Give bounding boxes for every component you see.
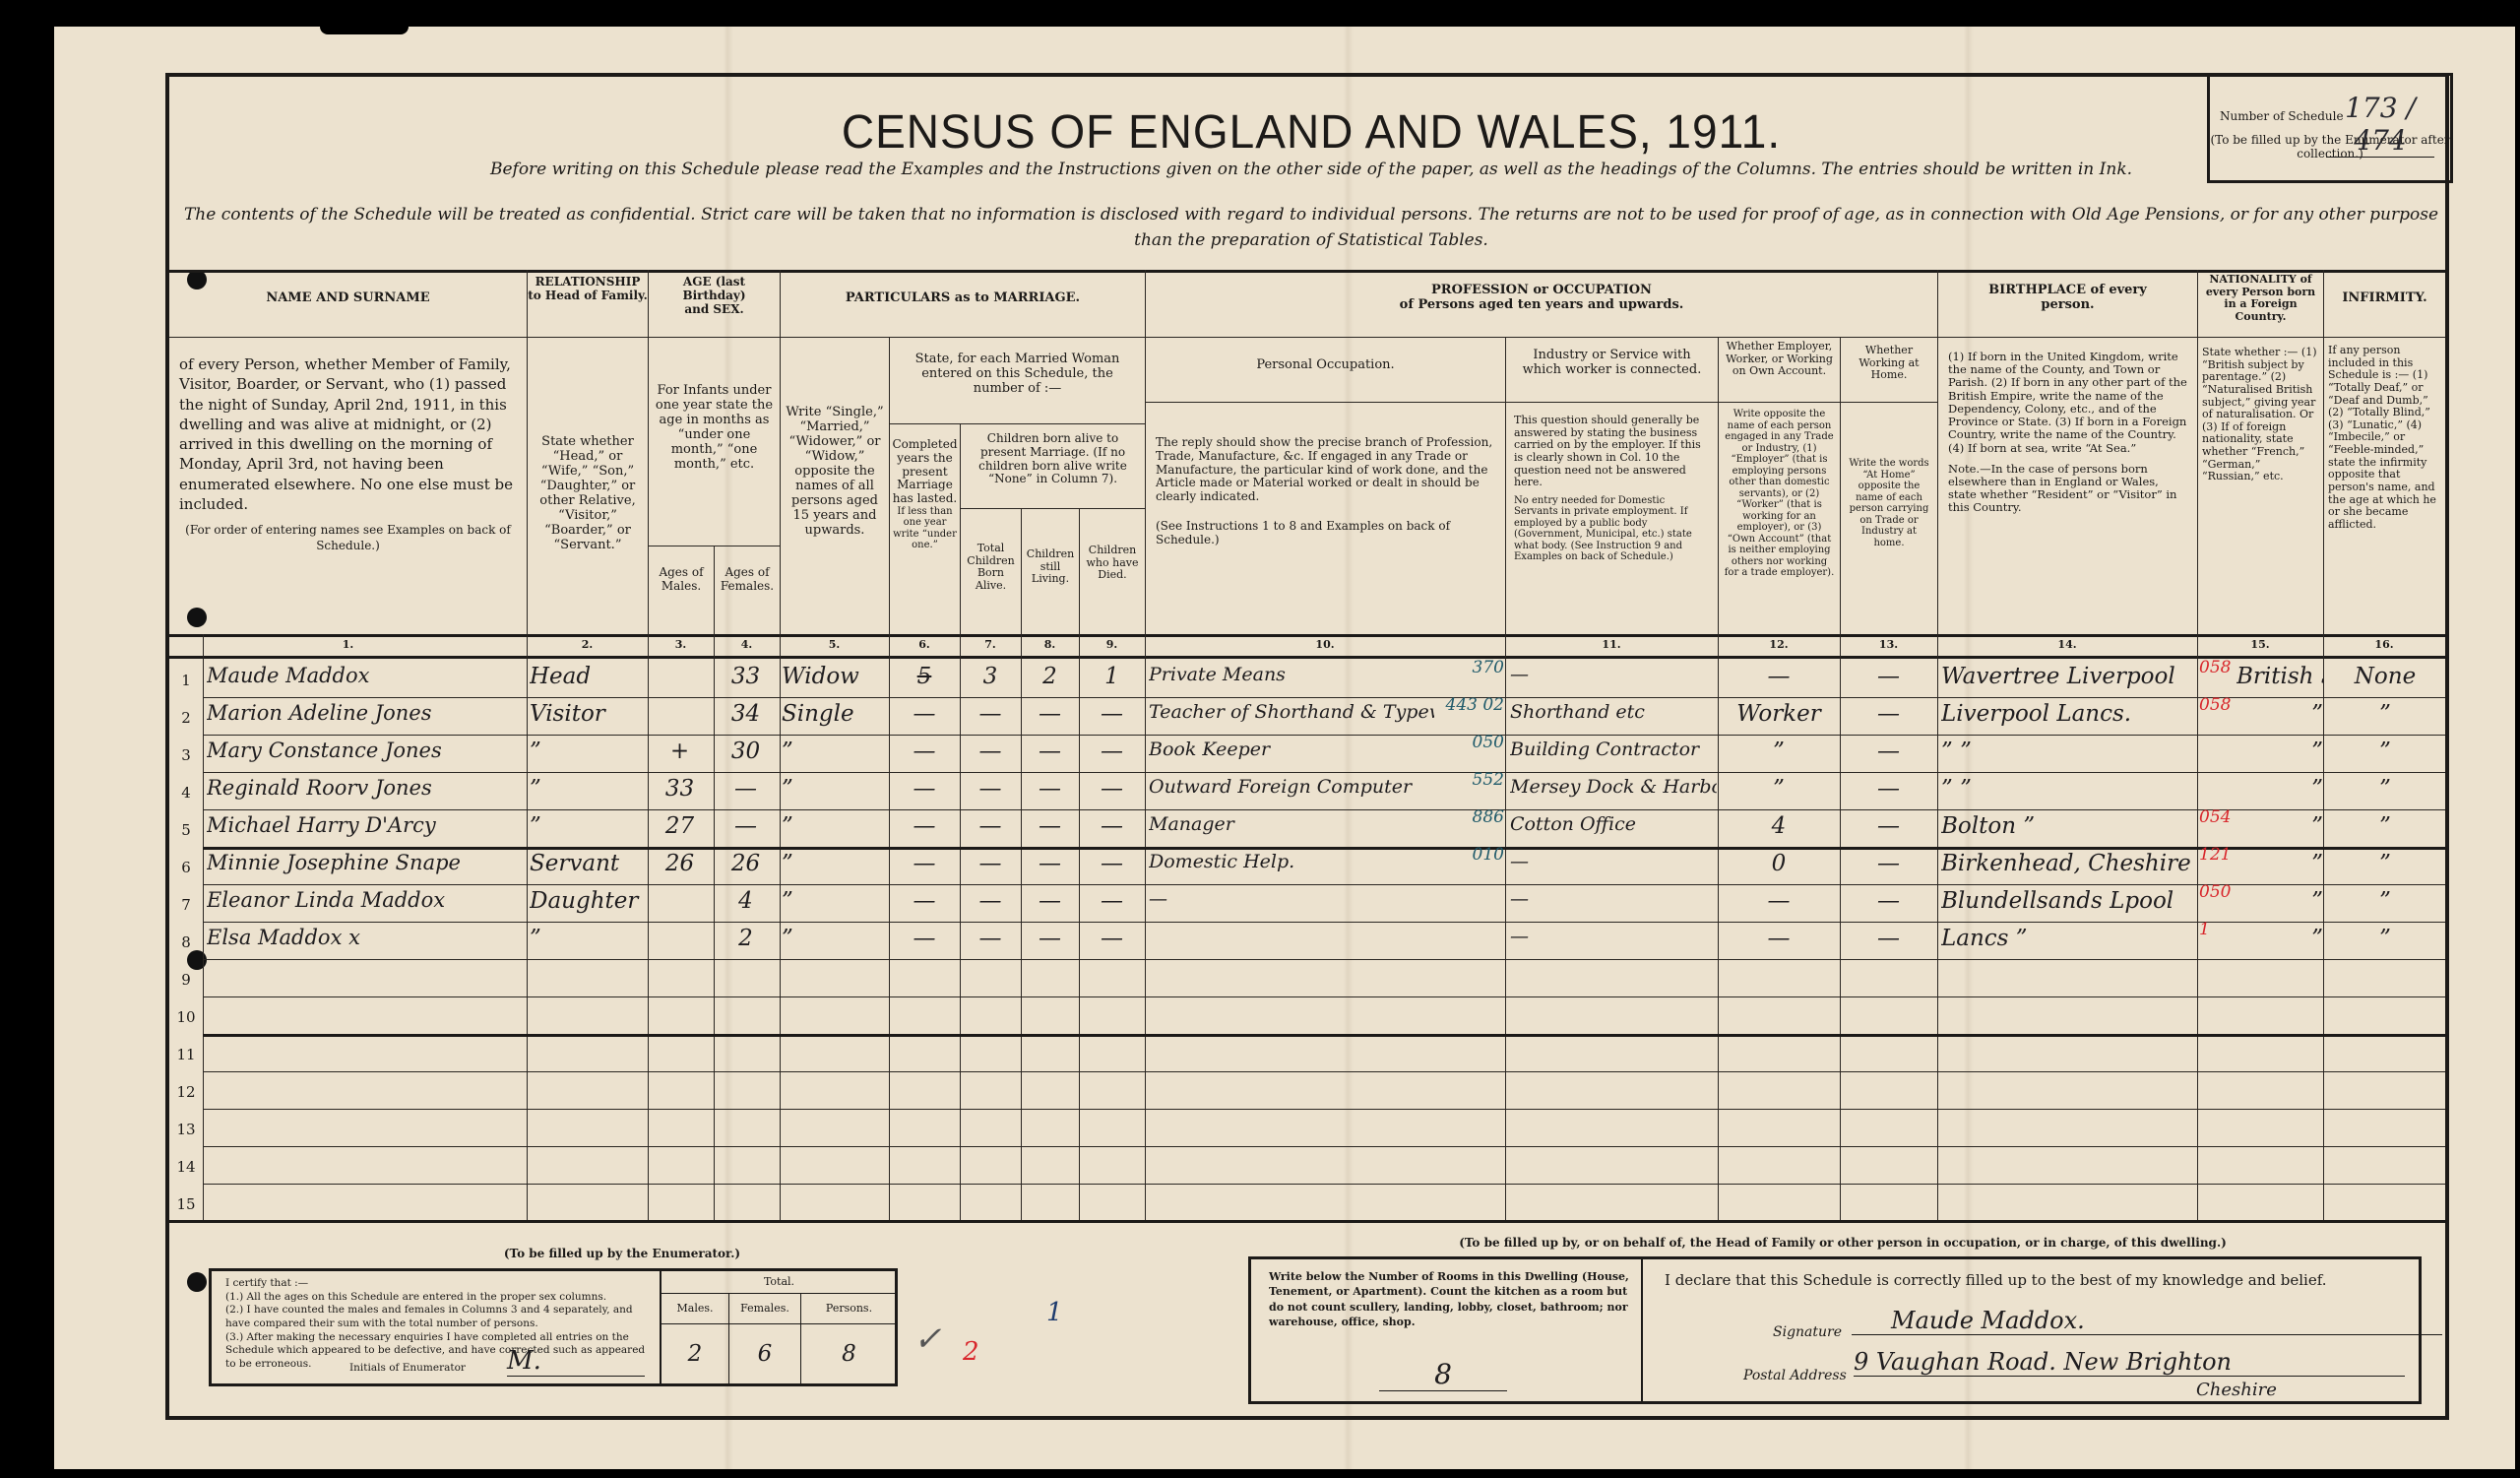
relationship-cell[interactable]: Visitor <box>530 701 646 727</box>
document-title: CENSUS OF ENGLAND AND WALES, 1911. <box>169 103 2453 160</box>
enumerator-heading: (To be filled up by the Enumerator.) <box>327 1247 917 1260</box>
females-label: Females. <box>729 1294 801 1323</box>
name-cell[interactable]: Reginald Roorv Jones <box>207 776 527 800</box>
infirmity-cell[interactable]: ” <box>2325 926 2445 951</box>
infirmity-cell[interactable]: ” <box>2325 739 2445 764</box>
children-living-cell[interactable]: — <box>1021 926 1079 951</box>
col-females-header: Ages of Females. <box>714 546 780 634</box>
age-female-cell[interactable]: 4 <box>714 888 778 914</box>
industry-cell[interactable]: — <box>1510 888 1717 910</box>
condition-cell[interactable]: ” <box>782 888 890 914</box>
nationality-cell[interactable]: ” <box>2236 701 2323 727</box>
years-married-cell[interactable]: 5 <box>889 664 960 689</box>
nationality-cell[interactable]: ” <box>2236 926 2323 951</box>
age-male-cell[interactable]: 27 <box>648 813 712 839</box>
infirmity-cell[interactable]: None <box>2325 664 2445 689</box>
col-personal-occupation-header: Personal Occupation. <box>1145 337 1505 402</box>
col-years-married-description: Completed years the present Marriage has… <box>889 423 960 634</box>
col-marriage-header: PARTICULARS as to MARRIAGE. <box>780 270 1145 337</box>
children-died-cell[interactable]: 1 <box>1079 664 1145 689</box>
infirmity-cell[interactable]: ” <box>2325 776 2445 802</box>
industry-cell[interactable]: — <box>1510 851 1717 872</box>
schedule-number-box: Number of Schedule 173 / 474 (To be fill… <box>2207 73 2453 183</box>
postal-address-line-1[interactable]: 9 Vaughan Road. New Brighton <box>1854 1348 2405 1377</box>
column-divider <box>648 634 649 1220</box>
children-born-cell[interactable]: — <box>960 739 1021 764</box>
children-born-cell[interactable]: — <box>960 701 1021 727</box>
name-cell[interactable]: Eleanor Linda Maddox <box>207 888 527 912</box>
relationship-cell[interactable]: Head <box>530 664 646 689</box>
row-number: 15 <box>171 1195 201 1213</box>
col-occupation-header: PROFESSION or OCCUPATIONof Persons aged … <box>1145 270 1937 337</box>
children-died-cell[interactable]: — <box>1079 851 1145 876</box>
occupation-title: PROFESSION or OCCUPATION <box>1146 284 1937 298</box>
age-male-cell[interactable]: 33 <box>648 776 712 802</box>
schedule-number-note: (To be filled up by the Enumerator after… <box>2210 133 2450 161</box>
condition-cell[interactable]: ” <box>782 813 890 839</box>
industry-cell[interactable]: — <box>1510 664 1717 685</box>
row-divider <box>203 884 2445 885</box>
total-label: Total. <box>661 1271 897 1294</box>
birthplace-cell[interactable]: Liverpool Lancs. <box>1941 701 2195 727</box>
col-number: 8. <box>1021 638 1079 651</box>
col-number: 7. <box>960 638 1021 651</box>
rooms-count[interactable]: 8 <box>1379 1358 1507 1391</box>
children-born-cell[interactable]: — <box>960 888 1021 914</box>
industry-cell[interactable]: Building Contractor <box>1510 739 1717 760</box>
occupation-cell[interactable]: Domestic Help. <box>1149 851 1434 872</box>
col-nationality-description: State whether :— (1) “British subject by… <box>2197 337 2323 634</box>
personal-occupation-note: (See Instructions 1 to 8 and Examples on… <box>1156 520 1495 547</box>
nationality-cell[interactable]: ” <box>2236 739 2323 764</box>
row-number: 11 <box>171 1046 201 1063</box>
column-divider <box>1505 634 1506 1220</box>
row-divider <box>203 1109 2445 1110</box>
confidential-line-1: The contents of the Schedule will be tre… <box>169 205 2453 225</box>
col-number: 14. <box>1937 638 2197 651</box>
employer-status-cell[interactable]: ” <box>1720 739 1838 764</box>
occupation-cell[interactable]: Outward Foreign Computer <box>1149 776 1434 798</box>
children-living-cell[interactable]: — <box>1021 701 1079 727</box>
row-divider <box>203 959 2445 960</box>
age-male-cell[interactable]: 26 <box>648 851 712 876</box>
age-female-cell[interactable]: 33 <box>714 664 778 689</box>
row-number: 5 <box>171 821 201 839</box>
birthplace-cell[interactable]: Lancs ” <box>1941 926 2195 951</box>
head-section-box: Write below the Number of Rooms in this … <box>1248 1256 2422 1404</box>
col-number: 13. <box>1840 638 1937 651</box>
children-description: Children born alive to present Marriage.… <box>960 423 1145 508</box>
occupation-cell[interactable]: Manager <box>1149 813 1434 835</box>
totals-table: Total. Males. Females. Persons. 2 6 8 <box>660 1271 897 1383</box>
relationship-cell[interactable]: Daughter <box>530 888 646 914</box>
row-number: 8 <box>171 933 201 951</box>
head-section-heading: (To be filled up by, or on behalf of, th… <box>1242 1236 2443 1250</box>
check-mark-icon: ✓ <box>913 1319 942 1359</box>
age-male-cell[interactable]: + <box>648 739 712 764</box>
age-female-cell[interactable]: 34 <box>714 701 778 727</box>
col-number: 16. <box>2323 638 2445 651</box>
birthplace-cell[interactable]: ” ” <box>1941 776 2195 802</box>
employer-status-cell[interactable]: ” <box>1720 776 1838 802</box>
postal-address-line-2[interactable]: Cheshire <box>2196 1380 2277 1400</box>
col-industry-header: Industry or Service with which worker is… <box>1505 337 1718 402</box>
row-number: 9 <box>171 971 201 989</box>
working-at-home-cell[interactable]: — <box>1840 739 1937 764</box>
col-infirmity-description: If any person included in this Schedule … <box>2323 337 2445 634</box>
certify-item-2: (2.) I have counted the males and female… <box>225 1304 654 1330</box>
column-divider <box>527 634 528 1220</box>
age-female-cell[interactable]: 2 <box>714 926 778 951</box>
working-at-home-cell[interactable]: — <box>1840 664 1937 689</box>
children-living-cell[interactable]: — <box>1021 776 1079 802</box>
condition-cell[interactable]: Widow <box>782 664 890 689</box>
condition-cell[interactable]: ” <box>782 851 890 876</box>
col-infirmity-header: INFIRMITY. <box>2323 270 2445 337</box>
name-cell[interactable]: Minnie Josephine Snape <box>207 851 527 874</box>
row-number: 7 <box>171 896 201 914</box>
birthplace-cell[interactable]: Birkenhead, Cheshire <box>1941 851 2195 876</box>
years-married-cell[interactable]: — <box>889 776 960 802</box>
red-annotation: 2 <box>963 1337 979 1367</box>
column-divider <box>2323 634 2324 1220</box>
working-at-home-cell[interactable]: — <box>1840 926 1937 951</box>
col-name-note: (For order of entering names see Example… <box>179 522 517 553</box>
col-number: 5. <box>780 638 889 651</box>
blue-annotation: 1 <box>1046 1298 1063 1327</box>
birthplace-note: Note.—In the case of persons born elsewh… <box>1948 463 2187 515</box>
col-number: 1. <box>169 638 527 651</box>
infirmity-cell[interactable]: ” <box>2325 813 2445 839</box>
industry-cell[interactable]: Mersey Dock & Harbour Board <box>1510 776 1717 798</box>
occupation-code[interactable]: 886 <box>1429 807 1504 827</box>
occupation-code[interactable]: 050 <box>1429 733 1504 752</box>
col-employer-description: Write opposite the name of each person e… <box>1718 402 1840 634</box>
paper-notch <box>320 27 409 34</box>
children-died-cell[interactable]: — <box>1079 888 1145 914</box>
children-died-cell[interactable]: — <box>1079 926 1145 951</box>
col-name-header: NAME AND SURNAME <box>169 270 527 337</box>
industry-note: No entry needed for Domestic Servants in… <box>1514 495 1710 563</box>
instructions-line: Before writing on this Schedule please r… <box>169 160 2453 179</box>
schedule-frame: CENSUS OF ENGLAND AND WALES, 1911. Befor… <box>165 73 2449 1420</box>
industry-cell[interactable]: Shorthand etc <box>1510 701 1717 723</box>
col-number: 15. <box>2197 638 2323 651</box>
children-born-cell[interactable]: — <box>960 813 1021 839</box>
working-at-home-cell[interactable]: — <box>1840 701 1937 727</box>
signature-field[interactable]: Maude Maddox. <box>1852 1307 2442 1335</box>
working-at-home-cell[interactable]: — <box>1840 888 1937 914</box>
col-number: 11. <box>1505 638 1718 651</box>
employer-status-cell[interactable]: — <box>1720 926 1838 951</box>
col-age-header: AGE (last Birthday) and SEX. <box>648 270 780 337</box>
children-born-cell[interactable]: 3 <box>960 664 1021 689</box>
col-children-died-header: Children who have Died. <box>1079 508 1145 634</box>
row-divider <box>203 1071 2445 1072</box>
col-home-header: Whether Working at Home. <box>1840 337 1937 402</box>
col-children-living-header: Children still Living. <box>1021 508 1079 634</box>
birthplace-cell[interactable]: Wavertree Liverpool <box>1941 664 2195 689</box>
row-number: 10 <box>171 1008 201 1026</box>
col-industry-description: This question should generally be answer… <box>1505 402 1718 634</box>
column-divider <box>1937 634 1938 1220</box>
name-cell[interactable]: Elsa Maddox x <box>207 926 527 949</box>
age-female-cell[interactable]: — <box>714 776 778 802</box>
row-number: 2 <box>171 709 201 727</box>
col-condition-description: Write “Single,” “Married,” “Widower,” or… <box>780 337 889 634</box>
col-number: 3. <box>648 638 714 651</box>
years-married-cell[interactable]: — <box>889 851 960 876</box>
col-personal-occupation-description: The reply should show the precise branch… <box>1145 402 1505 634</box>
children-died-cell[interactable]: — <box>1079 739 1145 764</box>
relationship-cell[interactable]: ” <box>530 926 646 951</box>
row-divider <box>203 1034 2445 1037</box>
col-relationship-header: RELATIONSHIP to Head of Family. <box>527 270 648 337</box>
occupation-code[interactable]: 010 <box>1429 845 1504 865</box>
col-home-description: Write the words “At Home” opposite the n… <box>1840 402 1937 634</box>
nationality-cell[interactable]: ” <box>2236 776 2323 802</box>
children-died-cell[interactable]: — <box>1079 813 1145 839</box>
employer-status-cell[interactable]: Worker <box>1720 701 1838 727</box>
children-born-cell[interactable]: — <box>960 926 1021 951</box>
children-living-cell[interactable]: 2 <box>1021 664 1079 689</box>
condition-cell[interactable]: ” <box>782 776 890 802</box>
row-divider <box>203 847 2445 850</box>
nationality-cell[interactable]: British Subject <box>2236 664 2323 689</box>
total-persons[interactable]: 8 <box>801 1324 897 1383</box>
certify-item-1: (1.) All the ages on this Schedule are e… <box>225 1291 654 1305</box>
married-woman-description: State, for each Married Woman entered on… <box>889 337 1145 423</box>
occupation-cell[interactable]: Private Means <box>1149 664 1434 685</box>
row-divider <box>203 1184 2445 1185</box>
working-at-home-cell[interactable]: — <box>1840 851 1937 876</box>
years-married-cell[interactable]: — <box>889 739 960 764</box>
occupation-subtitle: of Persons aged ten years and upwards. <box>1146 298 1937 313</box>
total-males[interactable]: 2 <box>661 1324 729 1383</box>
row-divider <box>203 772 2445 773</box>
children-living-cell[interactable]: — <box>1021 739 1079 764</box>
certify-label: I certify that :— <box>225 1277 654 1291</box>
col-number: 2. <box>527 638 648 651</box>
column-divider <box>1145 634 1146 1220</box>
children-died-cell[interactable]: — <box>1079 776 1145 802</box>
children-born-cell[interactable]: — <box>960 851 1021 876</box>
row-number: 14 <box>171 1158 201 1176</box>
condition-cell[interactable]: Single <box>782 701 890 727</box>
row-divider <box>203 735 2445 736</box>
col-birthplace-description: (1) If born in the United Kingdom, write… <box>1937 337 2197 634</box>
children-born-cell[interactable]: — <box>960 776 1021 802</box>
declaration-text: I declare that this Schedule is correctl… <box>1665 1271 2327 1289</box>
total-females[interactable]: 6 <box>729 1324 801 1383</box>
col-age-description: For Infants under one year state the age… <box>648 337 780 546</box>
nationality-cell[interactable]: ” <box>2236 851 2323 876</box>
column-divider <box>2197 634 2198 1220</box>
persons-label: Persons. <box>801 1294 897 1323</box>
employer-status-cell[interactable]: 0 <box>1720 851 1838 876</box>
col-number: 4. <box>714 638 780 651</box>
working-at-home-cell[interactable]: — <box>1840 776 1937 802</box>
col-number: 6. <box>889 638 960 651</box>
row-divider <box>203 922 2445 923</box>
relationship-cell[interactable]: ” <box>530 776 646 802</box>
infirmity-cell[interactable]: ” <box>2325 851 2445 876</box>
condition-cell[interactable]: ” <box>782 739 890 764</box>
col-nationality-header: NATIONALITY of every Person born in a Fo… <box>2197 270 2323 337</box>
name-cell[interactable]: Mary Constance Jones <box>207 739 527 762</box>
column-divider <box>780 634 781 1220</box>
employer-status-cell[interactable]: — <box>1720 888 1838 914</box>
condition-cell[interactable]: ” <box>782 926 890 951</box>
col-relationship-description: State whether “Head,” or “Wife,” “Son,” … <box>527 337 648 634</box>
children-living-cell[interactable]: — <box>1021 813 1079 839</box>
birthplace-cell[interactable]: Blundellsands Lpool <box>1941 888 2195 914</box>
infirmity-cell[interactable]: ” <box>2325 701 2445 727</box>
col-total-children-header: Total Children Born Alive. <box>960 508 1021 634</box>
working-at-home-cell[interactable]: — <box>1840 813 1937 839</box>
age-female-cell[interactable]: 26 <box>714 851 778 876</box>
schedule-number-label: Number of Schedule <box>2220 109 2344 123</box>
nationality-cell[interactable]: ” <box>2236 888 2323 914</box>
relationship-cell[interactable]: Servant <box>530 851 646 876</box>
column-divider <box>203 634 204 1220</box>
relationship-cell[interactable]: ” <box>530 813 646 839</box>
age-female-cell[interactable]: 30 <box>714 739 778 764</box>
row-number: 4 <box>171 784 201 802</box>
col-birthplace-header: BIRTHPLACE of every person. <box>1937 270 2197 337</box>
years-married-cell[interactable]: — <box>889 701 960 727</box>
row-number: 6 <box>171 859 201 876</box>
row-number: 1 <box>171 672 201 689</box>
name-cell[interactable]: Marion Adeline Jones <box>207 701 527 725</box>
occupation-code[interactable]: 370 <box>1429 658 1504 677</box>
occupation-cell[interactable]: — <box>1149 888 1434 910</box>
birthplace-cell[interactable]: Bolton ” <box>1941 813 2195 839</box>
age-female-cell[interactable]: — <box>714 813 778 839</box>
postal-address-label: Postal Address <box>1743 1368 1847 1383</box>
col-males-header: Ages of Males. <box>648 546 714 634</box>
years-married-cell[interactable]: — <box>889 926 960 951</box>
name-cell[interactable]: Michael Harry D'Arcy <box>207 813 527 837</box>
initials-label: Initials of Enumerator <box>349 1362 466 1374</box>
children-living-cell[interactable]: — <box>1021 888 1079 914</box>
years-married-note: If less than one year write “under one.” <box>892 506 958 551</box>
males-label: Males. <box>661 1294 729 1323</box>
row-number: 13 <box>171 1121 201 1138</box>
relationship-cell[interactable]: ” <box>530 739 646 764</box>
col-employer-header: Whether Employer, Worker, or Working on … <box>1718 337 1840 402</box>
col-number: 10. <box>1145 638 1505 651</box>
col-number: 9. <box>1079 638 1145 651</box>
years-married-cell[interactable]: — <box>889 888 960 914</box>
row-divider <box>203 996 2445 997</box>
row-divider <box>203 697 2445 698</box>
column-divider <box>1718 634 1719 1220</box>
occupation-code[interactable]: 443 02 <box>1429 695 1504 715</box>
years-married-cell[interactable]: — <box>889 813 960 839</box>
occupation-cell[interactable]: Book Keeper <box>1149 739 1434 760</box>
employer-status-cell[interactable]: — <box>1720 664 1838 689</box>
children-died-cell[interactable]: — <box>1079 701 1145 727</box>
row-number: 12 <box>171 1083 201 1101</box>
occupation-code[interactable]: 552 <box>1429 770 1504 790</box>
col-name-description: of every Person, whether Member of Famil… <box>169 337 527 634</box>
industry-cell[interactable]: — <box>1510 926 1717 947</box>
row-number: 3 <box>171 746 201 764</box>
enumerator-box: I certify that :— (1.) All the ages on t… <box>209 1268 898 1386</box>
infirmity-cell[interactable]: ” <box>2325 888 2445 914</box>
confidential-line-2: than the preparation of Statistical Tabl… <box>169 230 2453 250</box>
industry-cell[interactable]: Cotton Office <box>1510 813 1717 835</box>
enumerator-initials[interactable]: M. <box>507 1346 645 1377</box>
row-divider <box>203 809 2445 810</box>
name-cell[interactable]: Maude Maddox <box>207 664 527 687</box>
occupation-cell[interactable]: Teacher of Shorthand & Typewriting <box>1149 701 1434 723</box>
row-divider <box>203 1146 2445 1147</box>
nationality-cell[interactable]: ” <box>2236 813 2323 839</box>
employer-status-cell[interactable]: 4 <box>1720 813 1838 839</box>
birthplace-cell[interactable]: ” ” <box>1941 739 2195 764</box>
col-number: 12. <box>1718 638 1840 651</box>
signature-label: Signature <box>1773 1324 1842 1340</box>
children-living-cell[interactable]: — <box>1021 851 1079 876</box>
